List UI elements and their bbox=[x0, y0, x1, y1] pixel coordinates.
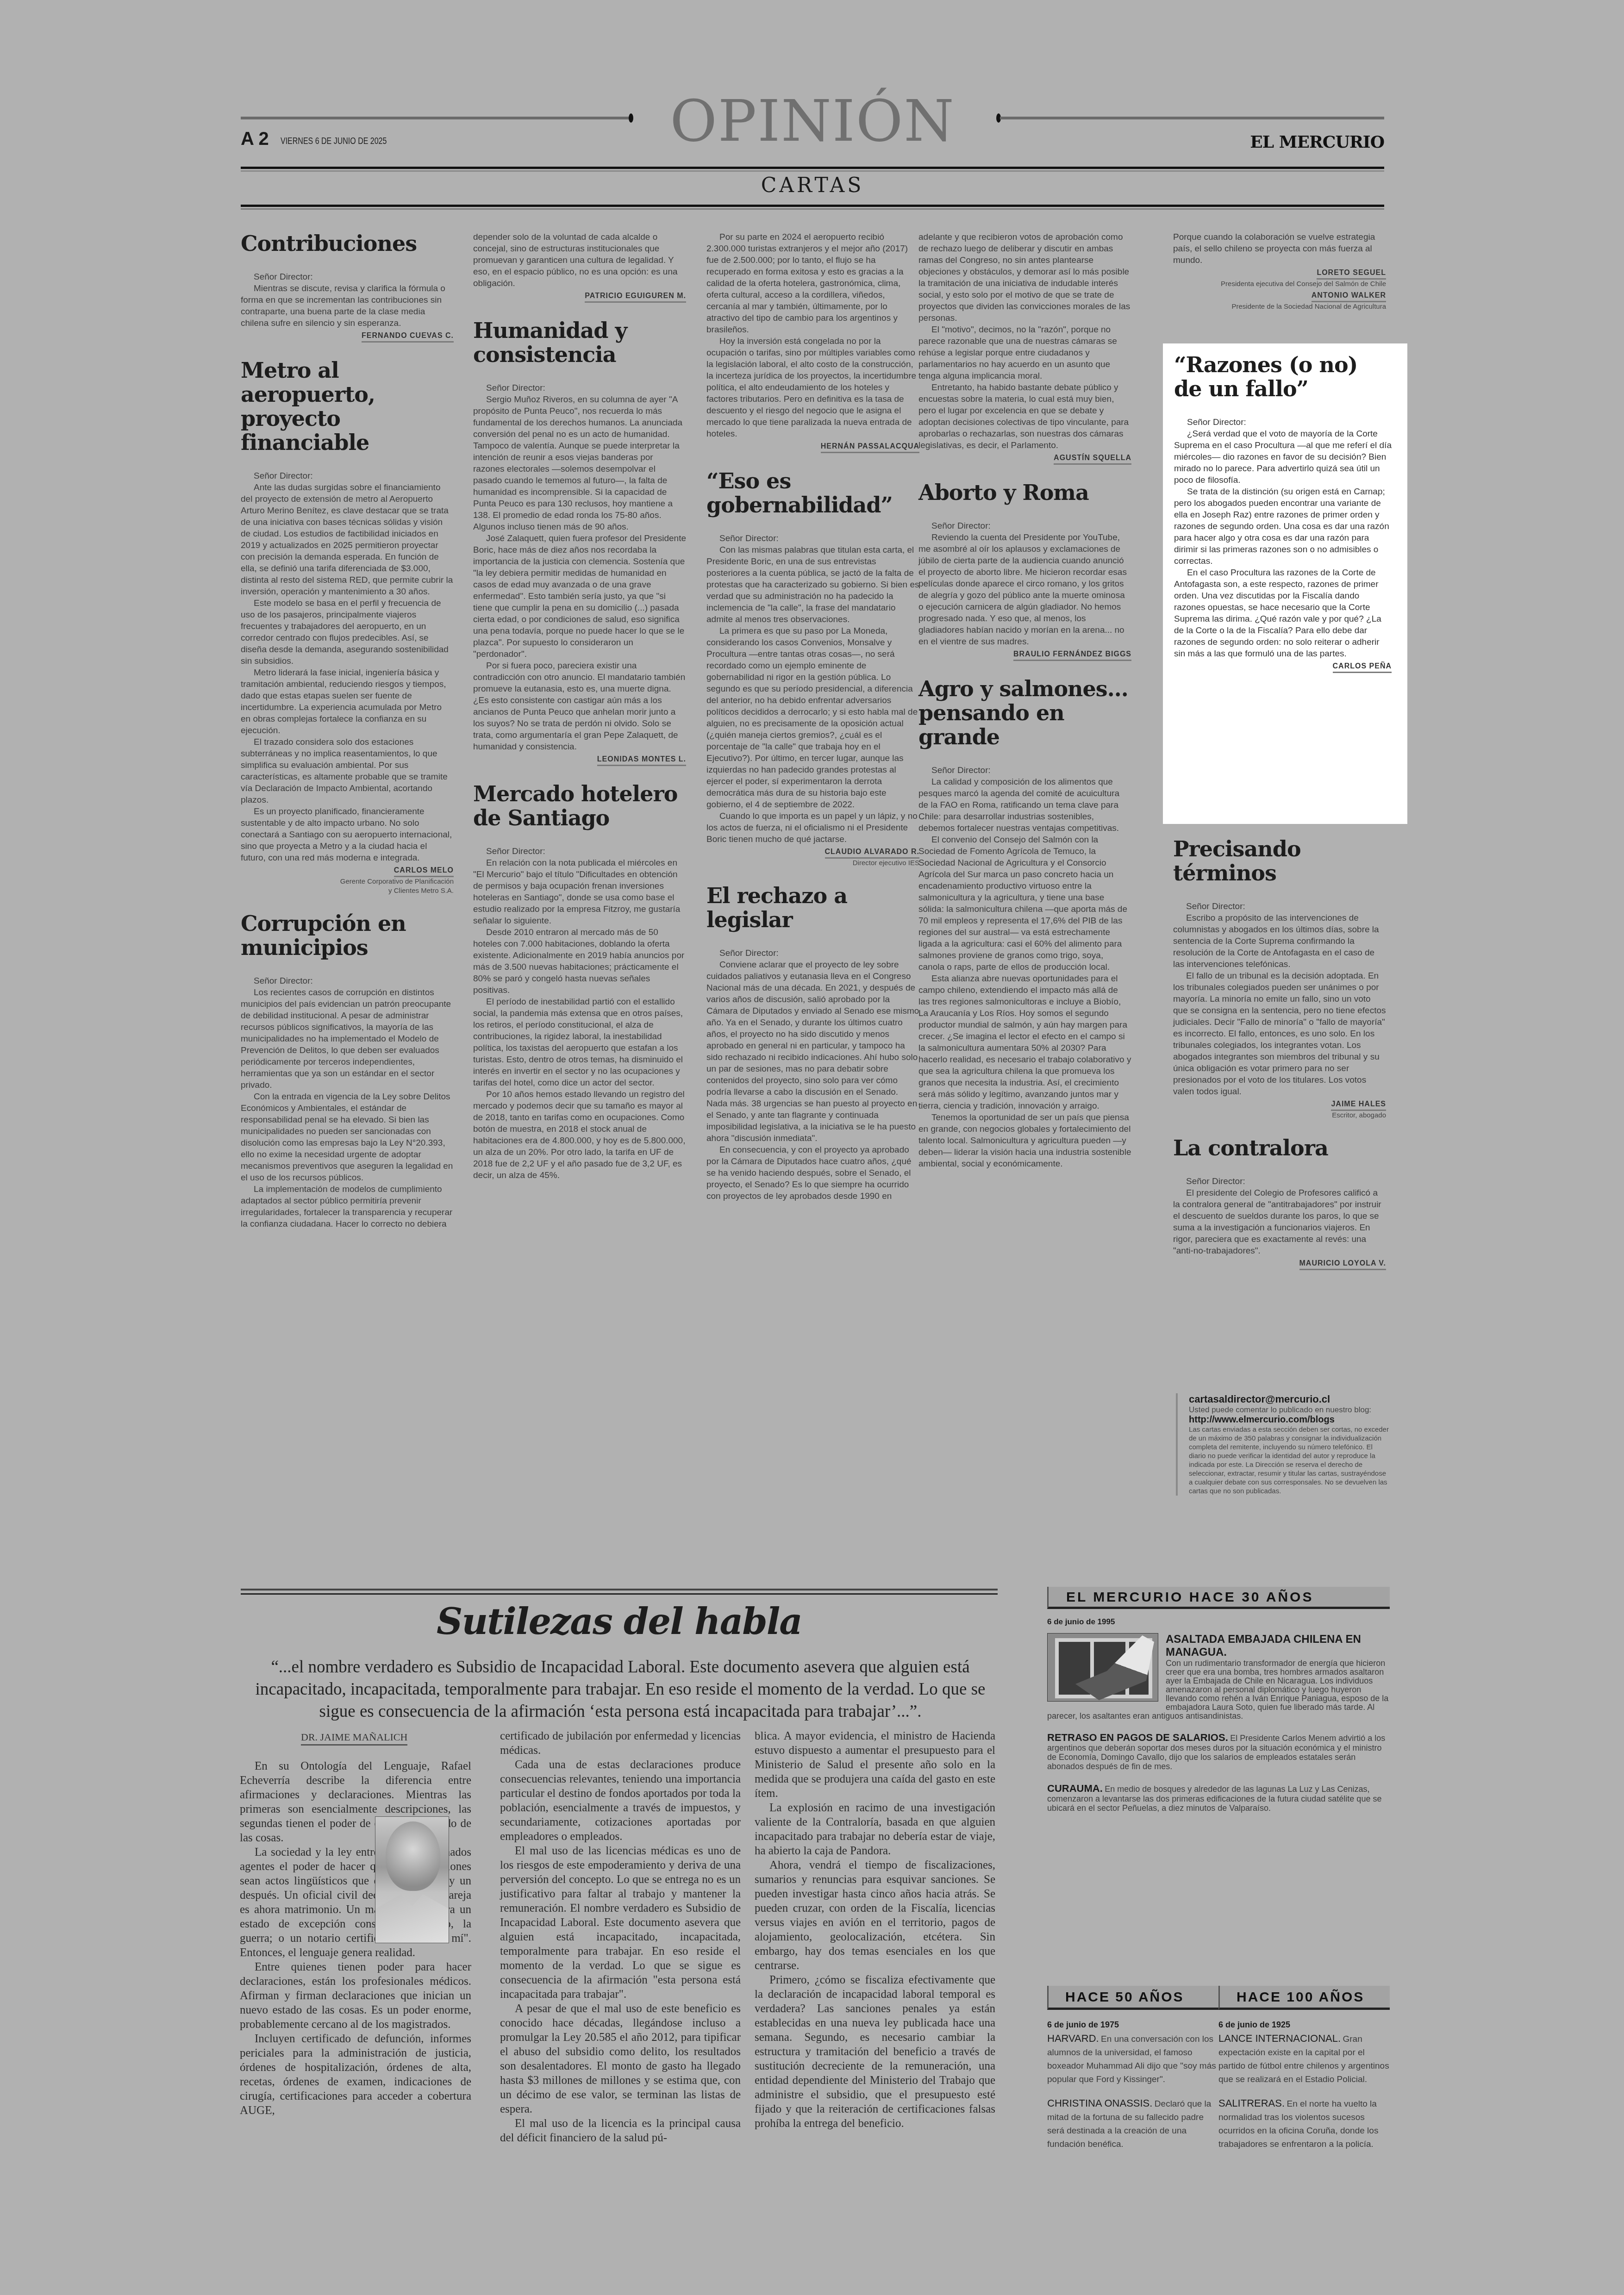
column-paragraph: blica. A mayor evidencia, el ministro de… bbox=[755, 1729, 995, 1801]
letter-rechazo-continued: adelante y que recibieron votos de aprob… bbox=[918, 231, 1131, 465]
signature-role: Director ejecutivo IES bbox=[706, 859, 919, 868]
section-title: OPINIÓN bbox=[241, 88, 1384, 155]
signature: HERNÁN PASSALACQUA bbox=[706, 443, 919, 453]
column-title: Sutilezas del habla bbox=[241, 1601, 998, 1643]
letter-paragraph: Por si fuera poco, pareciera existir una… bbox=[473, 660, 686, 753]
letter-paragraph: Porque cuando la colaboración se vuelve … bbox=[1173, 231, 1386, 266]
blog-prompt: Usted puede comentar lo publicado en nue… bbox=[1189, 1405, 1389, 1415]
history-date: 6 de junio de 1975 bbox=[1047, 2020, 1218, 2030]
letter-razones-highlighted: “Razones (o no) de un fallo” Señor Direc… bbox=[1174, 353, 1392, 673]
letter-paragraph: La calidad y composición de los alimento… bbox=[918, 776, 1131, 834]
history-30-years: EL MERCURIO HACE 30 AÑOS 6 de junio de 1… bbox=[1047, 1587, 1390, 1824]
page-number: A 2 bbox=[241, 129, 269, 150]
column-paragraph: Ahora, vendrá el tiempo de fiscalizacion… bbox=[755, 1858, 995, 1973]
letter-headline: Contribuciones bbox=[241, 231, 454, 256]
salutation: Señor Director: bbox=[1173, 901, 1386, 912]
masthead: OPINIÓN A 2 VIERNES 6 DE JUNIO DE 2025 E… bbox=[241, 88, 1384, 208]
letter-rechazo: El rechazo a legislar Señor Director: Co… bbox=[706, 884, 919, 1202]
letter-headline: “Eso es gobernabilidad” bbox=[706, 469, 919, 517]
letter-headline: Corrupción en municipios bbox=[241, 911, 454, 960]
letter-headline: Mercado hotelero de Santiago bbox=[473, 782, 686, 830]
letter-paragraph: En consecuencia, y con el proyecto ya ap… bbox=[706, 1144, 919, 1202]
signature-role: Escritor, abogado bbox=[1173, 1111, 1386, 1120]
signature: CARLOS PEÑA bbox=[1174, 662, 1392, 673]
column-paragraph: El mal uso de las licencias médicas es u… bbox=[500, 1844, 741, 2002]
letter-contralora: La contralora Señor Director: El preside… bbox=[1173, 1136, 1386, 1270]
salutation: Señor Director: bbox=[918, 765, 1131, 776]
signature: ANTONIO WALKER bbox=[1173, 292, 1386, 302]
letter-paragraph: Conviene aclarar que el proyecto de ley … bbox=[706, 959, 919, 1144]
divider bbox=[241, 167, 1384, 169]
letter-paragraph: Reviendo la cuenta del Presidente por Yo… bbox=[918, 532, 1131, 648]
salutation: Señor Director: bbox=[473, 382, 686, 394]
letter-paragraph: El convenio del Consejo del Salmón con l… bbox=[918, 834, 1131, 973]
history-date: 6 de junio de 1995 bbox=[1047, 1617, 1390, 1627]
letter-headline: Metro al aeropuerto, proyecto financiabl… bbox=[241, 358, 454, 455]
letter-mercado: Mercado hotelero de Santiago Señor Direc… bbox=[473, 782, 686, 1181]
letter-paragraph: Con la entrada en vigencia de la Ley sob… bbox=[241, 1091, 454, 1184]
salutation: Señor Director: bbox=[1173, 1176, 1386, 1187]
column-5-lower: Precisando términos Señor Director: Escr… bbox=[1173, 837, 1386, 1286]
letter-paragraph: Los recientes casos de corrupción en dis… bbox=[241, 987, 454, 1091]
history-50-years: HACE 50 AÑOS 6 de junio de 1975 HARVARD.… bbox=[1047, 1986, 1218, 2162]
letter-contribuciones: Contribuciones Señor Director: Mientras … bbox=[241, 231, 454, 343]
divider bbox=[241, 1593, 998, 1595]
column-paragraph: Entre quienes tienen poder para hacer de… bbox=[240, 1960, 471, 2032]
history-item: SALITRERAS. En el norte ha vuelto la nor… bbox=[1218, 2097, 1390, 2151]
history-item-title: CHRISTINA ONASSIS. bbox=[1047, 2097, 1152, 2109]
letter-paragraph: Con las mismas palabras que titulan esta… bbox=[706, 544, 919, 625]
signature: PATRICIO EGUIGUREN M. bbox=[473, 292, 686, 303]
history-item: CHRISTINA ONASSIS. Declaró que la mitad … bbox=[1047, 2097, 1218, 2151]
signature: CARLOS MELO bbox=[241, 867, 454, 877]
letter-paragraph: Mientras se discute, revisa y clarifica … bbox=[241, 283, 454, 329]
history-item-title: HARVARD. bbox=[1047, 2033, 1099, 2044]
subsection-title: CARTAS bbox=[241, 174, 1384, 197]
history-item: CURAUMA. En medio de bosques y alrededor… bbox=[1047, 1783, 1390, 1813]
signature: JAIME HALES bbox=[1173, 1100, 1386, 1111]
author-photo bbox=[375, 1816, 449, 1943]
column-paragraph: A pesar de que el mal uso de este benefi… bbox=[500, 2002, 741, 2116]
column-3: Por su parte en 2024 el aeropuerto recib… bbox=[706, 231, 919, 1218]
letter-agro-continued: Porque cuando la colaboración se vuelve … bbox=[1173, 231, 1386, 312]
letter-paragraph: El período de inestabilidad partió con e… bbox=[473, 996, 686, 1089]
letter-gobernabilidad: “Eso es gobernabilidad” Señor Director: … bbox=[706, 469, 919, 868]
letter-paragraph: La primera es que su paso por La Moneda,… bbox=[706, 625, 919, 811]
portrait-shirt bbox=[375, 1894, 449, 1943]
signature-role: Presidenta ejecutiva del Consejo del Sal… bbox=[1173, 280, 1386, 289]
letter-paragraph: Sergio Muñoz Riveros, en su columna de a… bbox=[473, 394, 686, 533]
letter-headline: Humanidad y consistencia bbox=[473, 318, 686, 367]
salutation: Señor Director: bbox=[241, 271, 454, 283]
salutation: Señor Director: bbox=[473, 846, 686, 857]
history-header: HACE 100 AÑOS bbox=[1218, 1986, 1390, 2010]
blog-url-link[interactable]: http://www.elmercurio.com/blogs bbox=[1189, 1415, 1389, 1425]
letter-paragraph: Cuando lo que importa es un papel y un l… bbox=[706, 811, 919, 845]
letter-humanidad: Humanidad y consistencia Señor Director:… bbox=[473, 318, 686, 766]
letter-paragraph: El presidente del Colegio de Profesores … bbox=[1173, 1187, 1386, 1257]
letter-paragraph: José Zalaquett, quien fuera profesor del… bbox=[473, 533, 686, 660]
signature-role: Presidente de la Sociedad Nacional de Ag… bbox=[1173, 302, 1386, 312]
salutation: Señor Director: bbox=[918, 520, 1131, 532]
signature: MAURICIO LOYOLA V. bbox=[1173, 1260, 1386, 1270]
divider bbox=[241, 170, 1384, 172]
letter-paragraph: En relación con la nota publicada el mié… bbox=[473, 857, 686, 927]
letter-paragraph: Es un proyecto planificado, financierame… bbox=[241, 806, 454, 864]
signature: LORETO SEGUEL bbox=[1173, 269, 1386, 280]
salutation: Señor Director: bbox=[706, 533, 919, 544]
history-100-years: HACE 100 AÑOS 6 de junio de 1925 LANCE I… bbox=[1218, 1986, 1390, 2162]
column-text-2: certificado de jubilación por enfermedad… bbox=[500, 1729, 741, 2145]
submission-rules: Las cartas enviadas a esta sección deben… bbox=[1189, 1425, 1389, 1496]
letter-aborto: Aborto y Roma Señor Director: Reviendo l… bbox=[918, 480, 1131, 661]
letter-paragraph: Escribo a propósito de las intervencione… bbox=[1173, 912, 1386, 970]
divider bbox=[241, 208, 1384, 210]
letter-paragraph: adelante y que recibieron votos de aprob… bbox=[918, 231, 1131, 324]
letter-precisando: Precisando términos Señor Director: Escr… bbox=[1173, 837, 1386, 1120]
salutation: Señor Director: bbox=[706, 948, 919, 959]
signature: CLAUDIO ALVARADO R. bbox=[706, 848, 919, 859]
salutation: Señor Director: bbox=[1174, 417, 1392, 428]
letter-paragraph: Ante las dudas surgidas sobre el financi… bbox=[241, 482, 454, 598]
letter-corrupcion-continued: depender solo de la voluntad de cada alc… bbox=[473, 231, 686, 303]
history-item-title: CURAUMA. bbox=[1047, 1783, 1103, 1794]
signature: BRAULIO FERNÁNDEZ BIGGS bbox=[918, 650, 1131, 661]
letter-paragraph: Este modelo se basa en el perfil y frecu… bbox=[241, 598, 454, 667]
history-header: EL MERCURIO HACE 30 AÑOS bbox=[1047, 1587, 1390, 1609]
signature: LEONIDAS MONTES L. bbox=[473, 755, 686, 766]
history-item-title: SALITRERAS. bbox=[1218, 2097, 1285, 2109]
portrait-face bbox=[386, 1821, 440, 1891]
letter-corrupcion: Corrupción en municipios Señor Director:… bbox=[241, 911, 454, 1230]
letter-paragraph: Entretanto, ha habido bastante debate pú… bbox=[918, 382, 1131, 451]
letter-paragraph: ¿Será verdad que el voto de mayoría de l… bbox=[1174, 428, 1392, 486]
signature: FERNANDO CUEVAS C. bbox=[241, 332, 454, 343]
column-4: adelante y que recibieron votos de aprob… bbox=[918, 231, 1131, 1185]
letter-paragraph: Esta alianza abre nuevas oportunidades p… bbox=[918, 973, 1131, 1112]
column-5: Porque cuando la colaboración se vuelve … bbox=[1173, 231, 1386, 327]
newspaper-logo: EL MERCURIO bbox=[1250, 132, 1384, 152]
column-paragraph: El mal uso de la licencia es la principa… bbox=[500, 2116, 741, 2145]
letter-paragraph: depender solo de la voluntad de cada alc… bbox=[473, 231, 686, 289]
letter-headline: “Razones (o no) de un fallo” bbox=[1174, 353, 1392, 401]
column-2: depender solo de la voluntad de cada alc… bbox=[473, 231, 686, 1197]
issue-date: VIERNES 6 DE JUNIO DE 2025 bbox=[281, 136, 387, 147]
history-item-title: RETRASO EN PAGOS DE SALARIOS. bbox=[1047, 1732, 1228, 1743]
letter-metro: Metro al aeropuerto, proyecto financiabl… bbox=[241, 358, 454, 896]
letter-paragraph: Por su parte en 2024 el aeropuerto recib… bbox=[706, 231, 919, 336]
history-item: LANCE INTERNACIONAL. Gran expectación ex… bbox=[1218, 2033, 1390, 2086]
letter-paragraph: El "motivo", decimos, no la "razón", por… bbox=[918, 324, 1131, 382]
letter-paragraph: Metro liderará la fase inicial, ingenier… bbox=[241, 667, 454, 736]
history-item: RETRASO EN PAGOS DE SALARIOS. El Preside… bbox=[1047, 1732, 1390, 1771]
column-paragraph: certificado de jubilación por enfermedad… bbox=[500, 1729, 741, 1758]
embassy-flag-photo bbox=[1047, 1633, 1158, 1702]
signature-role: y Clientes Metro S.A. bbox=[241, 886, 454, 896]
letter-paragraph: Desde 2010 entraron al mercado más de 50… bbox=[473, 927, 686, 996]
letter-paragraph: Se trata de la distinción (su origen est… bbox=[1174, 486, 1392, 567]
column-text-3: blica. A mayor evidencia, el ministro de… bbox=[755, 1729, 995, 2131]
salutation: Señor Director: bbox=[241, 975, 454, 987]
column-paragraph: La explosión en racimo de una investigac… bbox=[755, 1801, 995, 1858]
column-author: DR. JAIME MAÑALICH bbox=[301, 1731, 407, 1746]
signature: AGUSTÍN SQUELLA bbox=[918, 454, 1131, 465]
letter-paragraph: La implementación de modelos de cumplimi… bbox=[241, 1184, 454, 1230]
divider bbox=[241, 205, 1384, 207]
divider bbox=[241, 1589, 998, 1590]
editor-email-link[interactable]: cartasaldirector@mercurio.cl bbox=[1189, 1393, 1389, 1405]
history-item: ASALTADA EMBAJADA CHILENA EN MANAGUA. Co… bbox=[1047, 1633, 1390, 1721]
letter-paragraph: Hoy la inversión está congelada no por l… bbox=[706, 336, 919, 440]
letter-headline: Precisando términos bbox=[1173, 837, 1386, 885]
column-1: Contribuciones Señor Director: Mientras … bbox=[241, 231, 454, 1246]
letter-mercado-continued: Por su parte en 2024 el aeropuerto recib… bbox=[706, 231, 919, 453]
letter-headline: El rechazo a legislar bbox=[706, 884, 919, 932]
pull-quote: “...el nombre verdadero es Subsidio de I… bbox=[250, 1656, 991, 1723]
history-date: 6 de junio de 1925 bbox=[1218, 2020, 1390, 2030]
history-item-title: LANCE INTERNACIONAL. bbox=[1218, 2033, 1341, 2044]
letter-paragraph: Tenemos la oportunidad de ser un país qu… bbox=[918, 1112, 1131, 1170]
letter-headline: Aborto y Roma bbox=[918, 480, 1131, 505]
letter-agro: Agro y salmones... pensando en grande Se… bbox=[918, 677, 1131, 1170]
history-header: HACE 50 AÑOS bbox=[1047, 1986, 1218, 2010]
letter-paragraph: El trazado considera solo dos estaciones… bbox=[241, 736, 454, 806]
letter-headline: La contralora bbox=[1173, 1136, 1386, 1160]
letter-paragraph: En el caso Procultura las razones de la … bbox=[1174, 567, 1392, 660]
salutation: Señor Director: bbox=[241, 470, 454, 482]
column-paragraph: Cada una de estas declaraciones produce … bbox=[500, 1758, 741, 1844]
letter-paragraph: Por 10 años hemos estado llevando un reg… bbox=[473, 1089, 686, 1181]
history-item: HARVARD. En una conversación con los alu… bbox=[1047, 2033, 1218, 2086]
letter-headline: Agro y salmones... pensando en grande bbox=[918, 677, 1131, 749]
letter-paragraph: El fallo de un tribunal es la decisión a… bbox=[1173, 970, 1386, 1098]
column-paragraph: Primero, ¿cómo se fiscaliza efectivament… bbox=[755, 1973, 995, 2131]
contact-info: cartasaldirector@mercurio.cl Usted puede… bbox=[1176, 1393, 1389, 1496]
column-paragraph: Incluyen certificado de defunción, infor… bbox=[240, 2032, 471, 2118]
signature-role: Gerente Corporativo de Planificación bbox=[241, 877, 454, 886]
